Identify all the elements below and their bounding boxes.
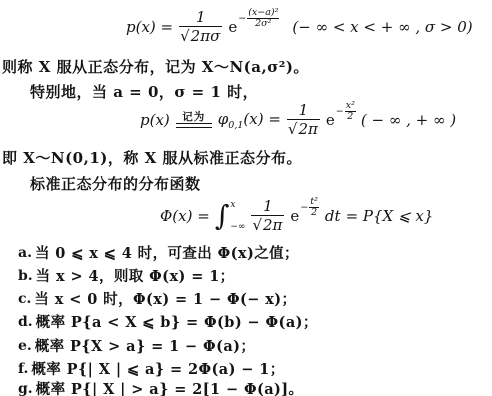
sqrt-sign: √ [180,27,190,45]
f3-lhs: Φ(x) = [160,207,210,225]
integral-limits: x −∞ [230,200,245,232]
f1-exponent: − (x−a)² 2σ² [238,8,279,29]
f3-radicand: 2π [262,215,283,234]
item-e-label: e. [18,338,32,354]
double-equal-line [176,123,212,128]
item-f: f. 概率 P{| X | ⩽ a} = 2Φ(a) − 1； [18,358,285,379]
formula-cdf: Φ(x) = ∫ x −∞ 1 √2π e − t² 2 dt = P{X ⩽ … [160,194,433,238]
f1-exp-term: e − (x−a)² 2σ² [228,17,279,38]
f2-exponent: − x² 2 [336,101,356,122]
f2-phi-term: φ0,1(x) = [218,110,281,131]
f3-rhs: = P{X ⩽ x} [346,207,434,225]
f2-exp-fraction: x² 2 [345,101,356,122]
f3-exp-sign: − [300,202,308,213]
item-f-label: f. [18,361,28,377]
item-a-label: a. [18,245,32,261]
f2-exp-num: x² [345,101,356,112]
item-d-text: 概率 P{a < X ⩽ b} = Φ(b) − Φ(a)； [36,311,318,332]
f2-phi-sub: 0,1 [228,120,243,131]
f2-e: e [326,111,335,129]
item-e-text: 概率 P{X > a} = 1 − Φ(a)； [35,335,256,356]
xlongequal-jiwei: 记为 [176,112,212,128]
f3-dt: dt [325,207,341,225]
item-b-text: 当 x > 4，则取 Φ(x) = 1； [36,265,235,286]
f3-fraction: 1 √2π [251,198,284,234]
item-g-text: 概率 P{| X | > a} = 2[1 − Φ(a)]。 [36,378,304,396]
f1-lhs: p(x) = [126,18,173,36]
item-c-text: 当 x < 0 时，Φ(x) = 1 − Φ(− x)； [34,288,296,309]
item-c: c. 当 x < 0 时，Φ(x) = 1 − Φ(− x)； [18,288,296,309]
f3-exp-num: t² [309,197,319,208]
line-normal-distribution-def: 则称 X 服从正态分布，记为 X～N(a,σ²)。 [2,56,309,77]
f3-exp-term: e − t² 2 [290,206,319,227]
item-b: b. 当 x > 4，则取 Φ(x) = 1； [18,265,235,286]
sqrt-sign: √ [252,216,262,234]
f3-exp-den: 2 [309,208,319,218]
jiwei-label: 记为 [182,112,205,123]
f2-domain: ( − ∞ , + ∞ ) [361,111,456,129]
f2-exp-term: e − x² 2 [326,110,356,131]
f2-fraction: 1 √2π [287,102,320,138]
item-e: e. 概率 P{X > a} = 1 − Φ(a)； [18,335,255,356]
f2-exp-sign: − [336,106,344,117]
f1-exp-fraction: (x−a)² 2σ² [247,8,279,29]
f1-numerator: 1 [179,9,222,27]
f3-denominator: √2π [251,216,284,234]
integral-term: ∫ x −∞ [215,200,246,232]
formula-standard-pdf: p(x) 记为 φ0,1(x) = 1 √2π e − x² 2 ( − ∞ ,… [140,98,456,142]
item-c-label: c. [18,291,31,307]
item-d: d. 概率 P{a < X ⩽ b} = Φ(b) − Φ(a)； [18,311,318,332]
f2-numerator: 1 [287,102,320,120]
item-d-label: d. [18,314,33,330]
item-a: a. 当 0 ⩽ x ⩽ 4 时，可查出 Φ(x)之值； [18,242,299,263]
line-cdf-heading: 标准正态分布的分布函数 [30,173,201,194]
f1-domain: (− ∞ < x < + ∞ , σ > 0) [292,18,472,36]
integral-lower-limit: −∞ [230,222,245,232]
f2-denominator: √2π [287,120,320,138]
f3-exp-fraction: t² 2 [309,197,319,218]
f1-e: e [228,18,237,36]
item-g-label: g. [18,381,33,396]
f3-e: e [290,207,299,225]
f1-exp-den: 2σ² [247,19,279,29]
f1-exp-num: (x−a)² [247,8,279,19]
item-g: g. 概率 P{| X | > a} = 2[1 − Φ(a)]。 [18,378,303,396]
line-standard-normal-def: 即 X～N(0,1)，称 X 服从标准正态分布。 [2,147,302,168]
f1-exp-sign: − [238,13,246,24]
item-a-text: 当 0 ⩽ x ⩽ 4 时，可查出 Φ(x)之值； [35,242,299,263]
f3-exponent: − t² 2 [300,197,319,218]
f2-radicand: 2π [297,119,318,138]
f1-denominator: √2πσ [179,27,222,45]
integral-sign: ∫ [215,201,230,231]
f2-phi: φ [218,110,229,128]
formula-normal-pdf: p(x) = 1 √2πσ e − (x−a)² 2σ² (− ∞ < x < … [126,4,473,50]
f1-radicand: 2πσ [190,26,222,45]
integral-upper-limit: x [230,200,245,210]
scanned-textbook-page: p(x) = 1 √2πσ e − (x−a)² 2σ² (− ∞ < x < … [0,0,492,396]
f2-lhs: p(x) [140,111,170,129]
f1-fraction: 1 √2πσ [179,9,222,45]
item-b-label: b. [18,268,33,284]
item-f-text: 概率 P{| X | ⩽ a} = 2Φ(a) − 1； [31,358,284,379]
f3-numerator: 1 [251,198,284,216]
f2-exp-den: 2 [345,112,356,122]
f2-after-phi: (x) = [243,110,281,128]
